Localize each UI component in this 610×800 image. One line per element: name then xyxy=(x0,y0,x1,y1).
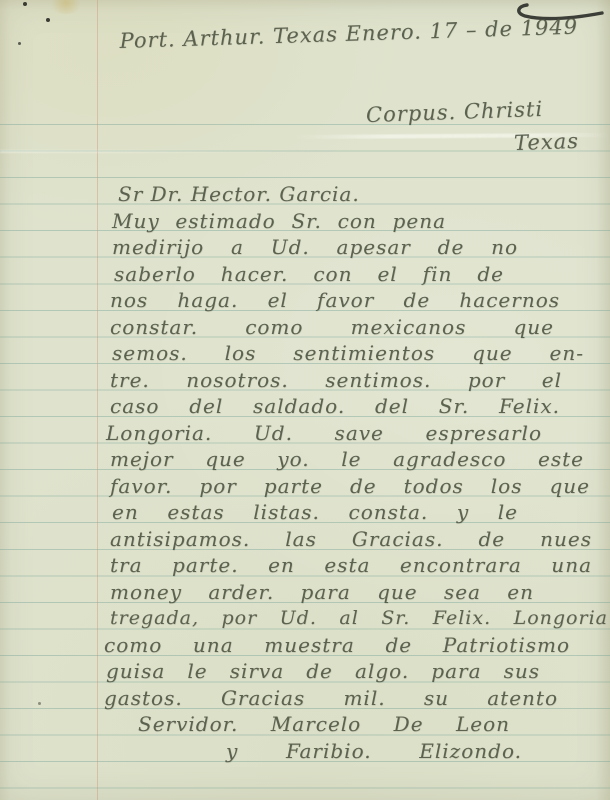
handwritten-line: tre. nosotros. sentimos. por el xyxy=(110,368,562,393)
handwritten-line: caso del saldado. del Sr. Felix. xyxy=(110,394,560,419)
handwritten-line: semos. los sentimientos que en- xyxy=(112,341,584,366)
handwritten-line: tra parte. en esta encontrara una xyxy=(110,553,592,578)
handwritten-line: constar. como mexicanos que xyxy=(110,315,554,340)
destination-state: Texas xyxy=(514,129,580,156)
handwritten-line: medirijo a Ud. apesar de no xyxy=(112,235,518,260)
handwritten-line: guisa le sirva de algo. para sus xyxy=(106,659,540,684)
paper-speck xyxy=(23,2,27,6)
letter-dateline: Port. Arthur. Texas Enero. 17 – de 1949 xyxy=(119,15,578,54)
destination-city: Corpus. Christi xyxy=(366,97,544,128)
handwritten-line: money arder. para que sea en xyxy=(110,580,534,605)
handwritten-line: Longoria. Ud. save espresarlo xyxy=(106,421,542,446)
handwritten-line: Muy estimado Sr. con pena xyxy=(112,209,446,234)
paper-speck xyxy=(18,42,21,45)
margin-line xyxy=(97,0,98,800)
handwritten-line: antisipamos. las Gracias. de nues xyxy=(110,527,592,552)
letter-page: Port. Arthur. Texas Enero. 17 – de 1949 … xyxy=(0,0,610,800)
paper-speck xyxy=(46,18,50,22)
handwritten-line: nos haga. el favor de hacernos xyxy=(110,288,560,313)
signature-line: Servidor. Marcelo De Leon xyxy=(138,712,510,737)
handwritten-line: Sr Dr. Hector. Garcia. xyxy=(118,182,360,207)
paper-speck xyxy=(38,702,41,705)
handwritten-line: en estas listas. consta. y le xyxy=(112,500,518,525)
handwritten-line: favor. por parte de todos los que xyxy=(110,474,590,499)
handwritten-line: tregada, por Ud. al Sr. Felix. Longoria xyxy=(110,606,608,631)
handwritten-line: gastos. Gracias mil. su atento xyxy=(104,686,558,711)
handwritten-line: como una muestra de Patriotismo xyxy=(104,633,570,658)
handwritten-line: mejor que yo. le agradesco este xyxy=(110,447,584,472)
paper-crease xyxy=(0,150,330,153)
signature-line: y Faribio. Elizondo. xyxy=(226,739,522,764)
handwritten-line: saberlo hacer. con el fin de xyxy=(114,262,504,287)
paper-stain xyxy=(48,0,84,14)
